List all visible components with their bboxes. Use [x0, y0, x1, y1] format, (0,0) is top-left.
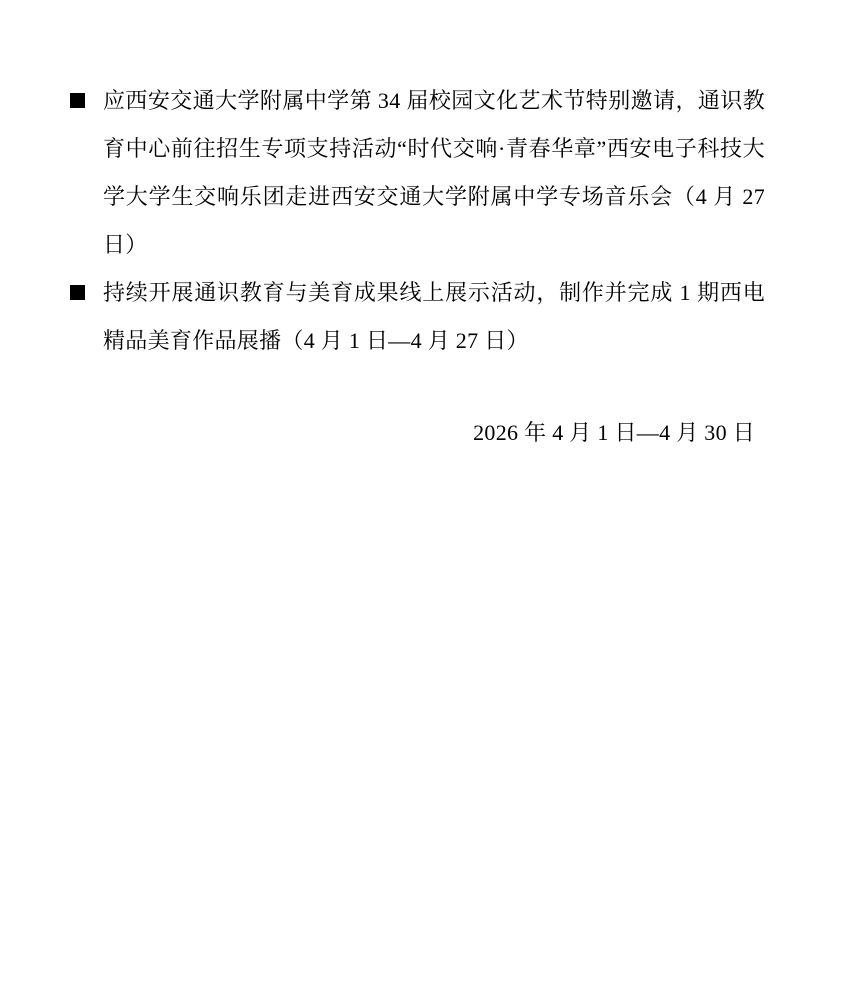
list-item: 持续开展通识教育与美育成果线上展示活动，制作并完成 1 期西电精品美育作品展播（…: [70, 269, 765, 365]
bullet-square-icon: [70, 285, 85, 300]
date-range: 2026 年 4 月 1 日—4 月 30 日: [70, 409, 765, 457]
document-page: 应西安交通大学附属中学第 34 届校园文化艺术节特别邀请，通识教育中心前往招生专…: [0, 0, 848, 999]
document-content: 应西安交通大学附属中学第 34 届校园文化艺术节特别邀请，通识教育中心前往招生专…: [70, 77, 765, 457]
bullet-text: 持续开展通识教育与美育成果线上展示活动，制作并完成 1 期西电精品美育作品展播（…: [103, 269, 765, 365]
bullet-square-icon: [70, 93, 85, 108]
bullet-text: 应西安交通大学附属中学第 34 届校园文化艺术节特别邀请，通识教育中心前往招生专…: [103, 77, 765, 269]
bullet-list: 应西安交通大学附属中学第 34 届校园文化艺术节特别邀请，通识教育中心前往招生专…: [70, 77, 765, 365]
list-item: 应西安交通大学附属中学第 34 届校园文化艺术节特别邀请，通识教育中心前往招生专…: [70, 77, 765, 269]
